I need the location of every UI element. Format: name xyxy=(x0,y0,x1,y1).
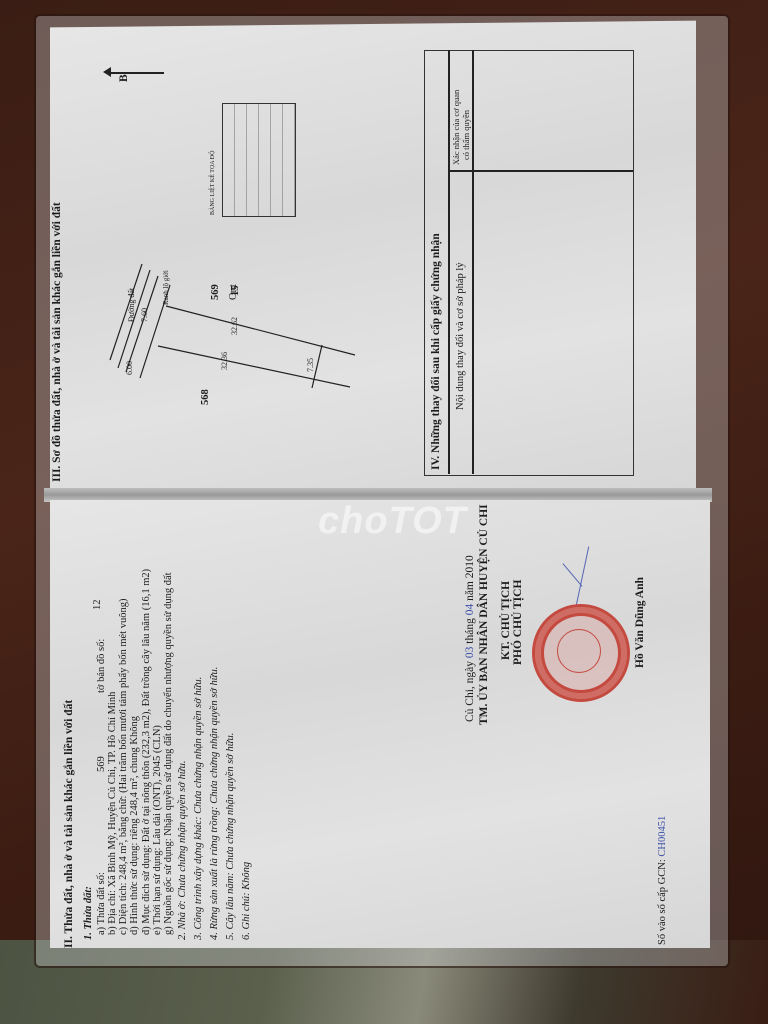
parcel-number-label: a) Thửa đất số: xyxy=(96,872,107,935)
origin-line: g) Nguồn gốc sử dụng: Nhận quyền sử dụng… xyxy=(163,572,174,935)
neighbor-568: 568 xyxy=(200,389,211,405)
neighbor-15: 15 xyxy=(230,286,241,297)
signer-role-1: KT. CHỦ TỊCH xyxy=(500,581,512,660)
section4-col2-header-1: Xác nhận của cơ quan xyxy=(451,90,461,165)
section4-col1-header: Nội dung thay đổi và cơ sở pháp lý xyxy=(455,262,466,410)
measure-road-width: 6.00 xyxy=(125,361,134,375)
registry-value: CH00451 xyxy=(657,816,668,857)
north-arrow-head-icon xyxy=(103,67,111,77)
road-label: Đường đất xyxy=(127,288,136,322)
registry-number: Số vào sổ cấp GCN: CH00451 xyxy=(657,816,668,945)
purpose-line: đ) Mục đích sử dụng: Đất ở tại nông thôn… xyxy=(141,569,152,935)
measure-front: 7.60 xyxy=(140,308,149,322)
note-line: 6. Ghi chú: Không xyxy=(241,862,252,940)
perennial-status: 5. Cây lâu năm: Chưa chứng nhận quyền sở… xyxy=(225,733,236,940)
coord-table-title: BẢNG LIỆT KÊ TỌA ĐỘ xyxy=(210,151,216,215)
coordinate-table xyxy=(222,103,296,217)
watermark-logo: choTOT xyxy=(318,500,467,543)
sign-day: 03 xyxy=(464,647,476,659)
measure-side-right: 32.62 xyxy=(230,317,239,335)
term-line: e) Thời hạn sử dụng: Lâu dài (ONT), 2045… xyxy=(152,725,163,935)
plot-diagram xyxy=(100,250,380,450)
signer-role-2: PHÓ CHỦ TỊCH xyxy=(512,580,524,665)
house-status: 2. Nhà ở: Chưa chứng nhận quyền sở hữu. xyxy=(177,761,188,940)
signer-name: Hồ Văn Dũng Anh xyxy=(634,577,646,668)
sign-date: Củ Chi, ngày 03 tháng 04 năm 2010 xyxy=(464,555,476,722)
map-sheet-number: 12 xyxy=(92,600,103,611)
measure-rear: 7.35 xyxy=(306,358,315,372)
section4-title: IV. Những thay đổi sau khi cấp giấy chứn… xyxy=(430,233,442,470)
plot-number: 569 xyxy=(210,284,221,300)
usage-form-line: d) Hình thức sử dụng: riêng 248,4 m², ch… xyxy=(129,716,140,935)
north-label: B xyxy=(118,74,130,82)
north-arrow-icon xyxy=(108,72,164,74)
section4-col2-header-2: có thẩm quyền xyxy=(461,110,471,160)
map-sheet-label: tờ bản đồ số: xyxy=(96,639,107,693)
section2-sub1: 1. Thửa đất: xyxy=(83,886,94,940)
area-line: c) Diện tích: 248,4 m², bằng chữ: (Hai t… xyxy=(118,599,129,935)
address-line: b) Địa chỉ: Xã Bình Mỹ, Huyện Củ Chi, TP… xyxy=(107,692,118,935)
section2-title: II. Thửa đất, nhà ở và tài sản khác gắn … xyxy=(63,700,75,948)
forest-status: 4. Rừng sản xuất là rừng trồng: Chưa chứ… xyxy=(209,667,220,940)
measure-side-left: 32.36 xyxy=(220,352,229,370)
sign-month: 04 xyxy=(464,604,476,616)
official-stamp-icon xyxy=(532,604,630,702)
section3-title: III. Sơ đồ thửa đất, nhà ở và tài sản kh… xyxy=(51,202,63,482)
parcel-number: 569 xyxy=(96,756,107,772)
construction-status: 3. Công trình xây dựng khác: Chưa chứng … xyxy=(193,677,204,940)
road-note: Ranh lộ giới xyxy=(162,270,170,305)
issuing-authority: TM. ỦY BAN NHÂN DÂN HUYỆN CỦ CHI xyxy=(478,504,490,725)
